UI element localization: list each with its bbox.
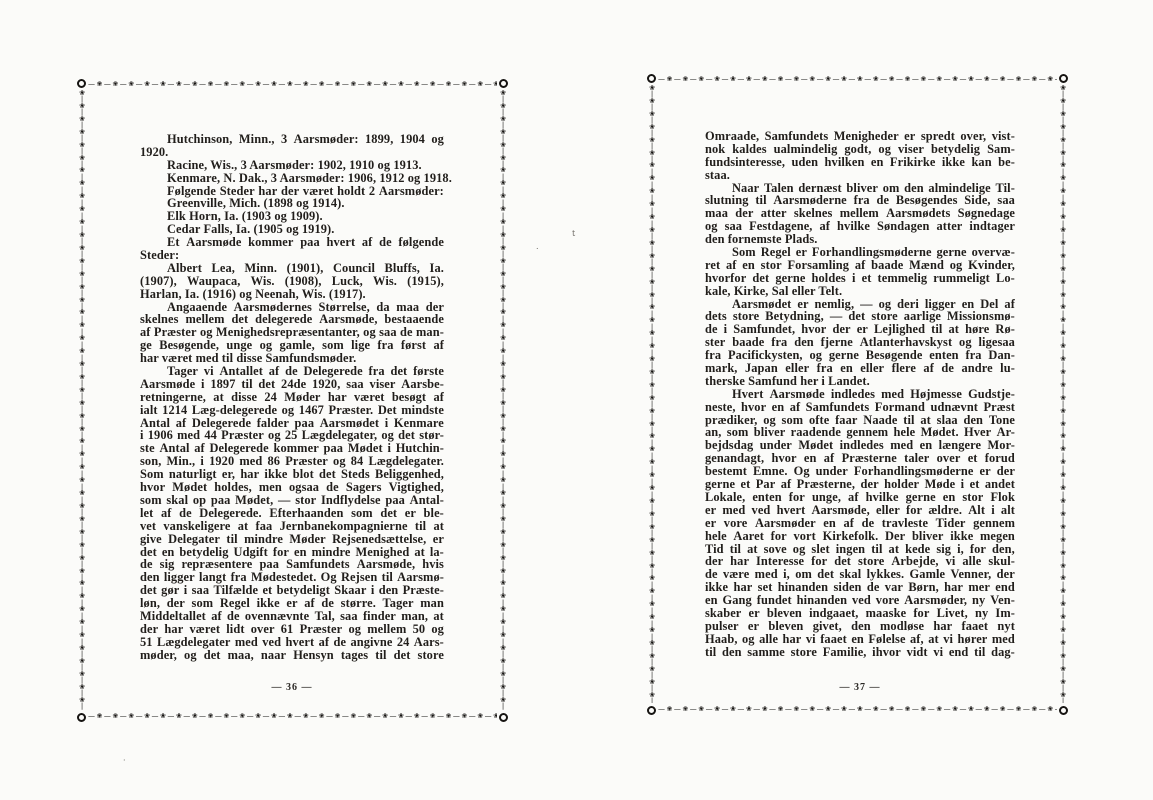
word: Bluffs, [385,262,420,275]
word: Mænd [909,259,944,272]
word: en [943,491,956,504]
word: bliver [912,530,944,543]
word: hvilken [825,156,865,169]
word: med [722,504,745,517]
word: Hvert [732,388,763,401]
word: 24 [264,391,277,404]
text-line: mark,Japanellerfraenellerflereafdeandrel… [705,362,1015,375]
word: hvert [285,636,314,649]
ornamental-border-top: —❀—❀—❀—❀—❀—❀—❀—❀—❀—❀—❀—❀—❀—❀—❀—❀—❀—❀—❀—❀… [88,79,497,90]
word: 24 [397,636,410,649]
text-line: 51Lægdelegatermedvedhvertafdeangivne24Aa… [140,636,444,649]
word: af [843,517,854,530]
word: vist- [992,130,1015,143]
word: Indflydelse [321,494,381,507]
text-line: HvertAarsmødeindledesmedHøjmesseGudstje- [705,388,1015,401]
word: Møde [925,478,956,491]
word: har [164,623,183,636]
word: 1467 [299,404,324,417]
word: 24de [281,378,306,391]
word: stor [295,494,316,507]
word: givet, [813,620,842,633]
word: Præst [984,401,1015,414]
word: Læg-delegerede [192,404,277,417]
word: Sagers [346,481,382,494]
word: Wis. [373,275,397,288]
word: Delegerede. [199,507,261,520]
page-number: — 37 — [705,682,1015,693]
page-36: —❀—❀—❀—❀—❀—❀—❀—❀—❀—❀—❀—❀—❀—❀—❀—❀—❀—❀—❀—❀… [82,84,503,716]
word: 1214 [162,404,187,417]
text-line: gerneetParafPræsterne,derholderMødeietan… [705,478,1015,491]
word: Minn., [239,133,275,146]
text-line: Haab,ogalleharvifaaetenFølelseaf,atvihør… [705,633,1015,646]
word: af [790,401,801,414]
word: Im- [995,607,1015,620]
word: det [380,507,397,520]
word: ogsaa [289,481,319,494]
word: og [431,133,444,146]
text-line: Steder: [140,249,444,262]
word: be- [998,156,1015,169]
word: store [418,649,444,662]
word: med [992,633,1015,646]
word: Formand [875,401,925,414]
word: op [193,494,206,507]
word: for [771,530,787,543]
word: indledes [831,388,875,401]
word: Haab, [705,633,738,646]
word: ny [975,607,988,620]
word: Familie, [823,646,867,659]
ornamental-corner-ring [1059,706,1068,715]
word: Aarsmøde [140,378,195,391]
word: bleven [767,607,802,620]
word: vi [933,646,943,659]
word: holdes [812,272,846,285]
word: ialt [140,404,158,417]
word: temmelig [878,272,928,285]
word: i [852,272,856,285]
word: af [211,610,222,623]
ornamental-corner-ring [499,79,508,88]
text-line: Racine, Wis., 3 Aarsmøder: 1902, 1910 og… [140,159,444,172]
word: hvorfor [705,272,746,285]
word: Samfundets [806,401,870,414]
word: de [326,481,339,494]
word: et [970,478,980,491]
word: og [184,649,197,662]
word: Kvinder, [968,259,1015,272]
word: en [851,633,864,646]
ornamental-corner-ring [77,713,86,722]
word: de [285,365,298,378]
word: Aarsmøde, [811,504,869,517]
word: 2 [369,185,375,198]
word: baade [871,259,903,272]
word: af [923,362,934,375]
text-line: ervoreAarsmøderenafdetravlesteTidergenne… [705,517,1015,530]
word: af [726,259,737,272]
word: Møder [284,391,320,404]
word: travleste [882,517,928,530]
word: Flok [990,491,1015,504]
word: Rejsenedsættelse, [332,533,426,546]
word: fra [377,339,393,352]
word: Aarsmøde [186,236,241,249]
word: 1920, [312,378,340,391]
word: et [741,478,751,491]
word: det [204,649,221,662]
word: eller [785,362,809,375]
ornamental-corner-ring [77,79,86,88]
word: som [140,494,162,507]
text-line: heleAaretforvortKirkefolk.Derbliverikkem… [705,530,1015,543]
word: nyt [997,620,1015,633]
text-line: retafenstorForsamlingafbaadeMændogKvinde… [705,259,1015,272]
word: Forhandlingsmøderne [812,246,932,259]
word: gennem [973,517,1015,530]
word: Aarsbe- [401,378,444,391]
word: Luck, [332,275,363,288]
word: af [433,339,444,352]
word: for [913,607,929,620]
word: stor [761,259,782,272]
word: paa [385,494,405,507]
word: hvert [326,236,355,249]
word: Wis. [251,275,275,288]
word: og [282,404,295,417]
word: 1899, [365,133,393,146]
word: er [749,607,760,620]
ornamental-corner-ring [1059,74,1068,83]
text-line: staa. [705,169,1015,182]
word: de [862,517,875,530]
word: Aars- [414,636,444,649]
word: 1904 [400,133,425,146]
word: til [375,649,386,662]
word: skal [166,494,188,507]
scanned-book-spread: { "document": { "kind": "scanned book sp… [0,0,1153,800]
word: og [878,143,891,156]
word: skaber [705,607,741,620]
word: vi [943,633,953,646]
word: betydelig [931,143,980,156]
word: vore [724,517,748,530]
word: over, [960,130,986,143]
word: hele [705,530,727,543]
word: Delegerede [303,365,362,378]
word: vidt [907,646,928,659]
word: for [789,491,805,504]
word: paa [300,236,320,249]
word: er [796,246,807,259]
text-line: AlbertLea,Minn.(1901),CouncilBluffs,Ia. [140,262,444,275]
word: Lo- [996,272,1015,285]
word: disse [231,391,257,404]
word: end [949,646,969,659]
word: overvæ- [972,246,1015,259]
word: maaske [866,607,907,620]
word: (1908), [285,275,322,288]
word: Vigtighed, [389,481,444,494]
word: i [961,478,965,491]
word: møder, [140,649,177,662]
text-line: bestemtEmne.OgunderForhandlingsmøderneer… [705,465,1015,478]
word: andre [961,362,992,375]
word: hvilke [866,491,899,504]
word: Antallet [219,365,262,378]
word: man, [401,610,428,623]
page-text-column: Hutchinson,Minn.,3Aarsmøder:1899,1904og1… [140,133,444,662]
page-number: — 36 — [140,682,444,693]
word: det [258,378,275,391]
text-line: somskaloppaaMødet,—storIndflydelsepaaAnt… [140,494,444,507]
word: Aarsmøde [770,388,825,401]
ornamental-border-left: ❀ | ❀ | ❀ | ❀ | ❀ | ❀ | ❀ | ❀ | ❀ | ❀ | … [76,90,88,710]
word: Council [333,262,375,275]
word: til [415,520,426,533]
word: de [379,236,392,249]
word: af [161,507,172,520]
word: vort [793,530,815,543]
text-line: retningerne,atdisse24Møderharværetbesøgt… [140,391,444,404]
word: flere [892,362,916,375]
word: og [348,623,361,636]
text-line: møder,ogdetmaa,naarHensyntagestildetstor… [140,649,444,662]
text-line: kale, Kirke, Sal eller Telt. [705,285,1015,298]
word: Minn. [245,262,278,275]
word: følgende [398,236,444,249]
text-line: nokkaldesualmindeliggodt,ogviserbetydeli… [705,143,1015,156]
word: — [278,494,291,507]
word: af [433,391,444,404]
word: kommer [248,236,293,249]
word: alle [759,633,778,646]
word: at [433,610,444,623]
word: Regel [761,246,791,259]
word: 51 [140,636,153,649]
word: Sam- [987,143,1015,156]
word: har [328,391,347,404]
word: Forsamling [788,259,850,272]
word: viser [898,143,924,156]
word: vi [806,633,816,646]
text-line: MiddeltalletafdeovennævnteTal,saafinderm… [140,610,444,623]
word: hvert [777,504,806,517]
word: store [791,646,817,659]
word: Waupaca, [187,275,240,288]
word: ualmindelig [774,143,838,156]
word: Aarsmøder [755,517,816,530]
word: enten [752,491,781,504]
page-text-column: Omraade,SamfundetsMenighedererspredtover… [705,130,1015,659]
word: alt [1001,504,1015,517]
word: pulser [705,620,739,633]
word: den [851,620,871,633]
ornamental-border-left: ❀ | ❀ | ❀ | ❀ | ❀ | ❀ | ❀ | ❀ | ❀ | ❀ | … [646,85,658,703]
word: Højmesse [910,388,962,401]
word: ovennævnte [245,610,309,623]
word: Delegater [168,533,220,546]
word: de [941,362,954,375]
word: bleven [768,620,803,633]
word: Frikirke [890,156,936,169]
text-line: 1920. [140,146,444,159]
word: hvor [140,481,165,494]
word: (1901), [287,262,324,275]
word: Lea, [212,262,235,275]
word: angivne [350,636,392,649]
word: været [190,623,221,636]
word: Middeltallet [140,610,206,623]
word: til [241,378,252,391]
word: Tager [167,365,198,378]
ornamental-border-bottom: —❀—❀—❀—❀—❀—❀—❀—❀—❀—❀—❀—❀—❀—❀—❀—❀—❀—❀—❀—❀… [88,711,497,722]
word: paa [211,494,231,507]
word: Der [885,530,905,543]
word: ved [262,636,281,649]
word: Kirkefolk. [823,530,879,543]
word: godt, [844,143,871,156]
text-line: neste,hvorenafSamfundetsFormandudnævntPr… [705,401,1015,414]
word: Albert [167,262,202,275]
word: ble- [424,507,444,520]
word: Lægdelegater [157,636,230,649]
word: ved [752,504,771,517]
ornamental-corner-ring [647,74,656,83]
word: hvor [741,401,766,414]
word: stor [962,491,983,504]
word: det [390,365,407,378]
word: megen [980,530,1015,543]
word: til [226,533,237,546]
word: Ia. [430,262,444,275]
word: maa, [228,649,254,662]
word: saa [340,610,358,623]
word: er [433,533,444,546]
word: lu- [1000,362,1015,375]
word: en [772,401,785,414]
word: modløse [880,620,924,633]
word: har [933,620,952,633]
word: viser [370,378,396,391]
text-line: letafdeDelegerede.Efterhaandensomdeterbl… [140,507,444,520]
ornamental-border-top: —❀—❀—❀—❀—❀—❀—❀—❀—❀—❀—❀—❀—❀—❀—❀—❀—❀—❀—❀—❀… [658,74,1057,85]
word: for [906,504,922,517]
word: faaet [820,633,847,646]
word: men [259,481,282,494]
word: dag- [991,646,1015,659]
word: været [354,391,385,404]
text-line: pulsererblevengivet,denmodløseharfaaetny… [705,620,1015,633]
word: Antal- [410,494,444,507]
word: nok [705,143,725,156]
word: de [227,610,240,623]
word: gerne [937,246,967,259]
word: let [140,507,153,520]
word: et [862,272,872,285]
word: det [752,272,769,285]
word: af, [910,633,924,646]
word: lidt [226,623,244,636]
word: finder [363,610,396,623]
word: af [820,220,831,233]
word: som [351,507,373,520]
word: Tal, [315,610,335,623]
word: med [235,636,258,649]
word: Hutchinson, [167,133,233,146]
word: saa [346,378,364,391]
word: Præster. [329,404,374,417]
word: en [823,517,836,530]
text-line: ialt1214Læg-delegeredeog1467Præster.Detm… [140,404,444,417]
word: er [904,130,915,143]
word: holdes, [214,481,252,494]
word: kaldes [732,143,766,156]
word: mindre [244,533,283,546]
word: vanskeligere [163,520,230,533]
word: rummeligt [933,272,990,285]
word: besøgt [392,391,426,404]
word: Aaret [733,530,764,543]
ornamental-corner-ring [499,713,508,722]
word: vet [140,520,156,533]
word: det [394,649,411,662]
word: atter [936,220,962,233]
word: tages [341,649,368,662]
text-line: therske Samfund her i Landet. [705,375,1015,388]
ornamental-corner-ring [647,706,656,715]
word: Jernbanekompagnierne [280,520,408,533]
word: Møder [289,533,325,546]
word: i [201,378,205,391]
scan-artifact: . [536,243,539,251]
word: Livet, [937,607,968,620]
word: (1907), [140,275,177,288]
word: at [213,391,224,404]
word: af [848,491,859,504]
word: Tider [936,517,966,530]
word: spredt [921,130,955,143]
text-line: ermedvedhvertAarsmøde,ellerforældre.Alti… [705,504,1015,517]
word: den [722,646,742,659]
text-line: EtAarsmødekommerpaahvertafdefølgende [140,236,444,249]
word: Efterhaanden [269,507,343,520]
word: mellem [367,623,406,636]
word: ikke [942,156,965,169]
word: ældre. [928,504,962,517]
word: fra [369,365,385,378]
page-37: —❀—❀—❀—❀—❀—❀—❀—❀—❀—❀—❀—❀—❀—❀—❀—❀—❀—❀—❀—❀… [652,79,1063,709]
word: og [742,633,755,646]
word: Som [732,246,756,259]
word: uden [792,156,819,169]
word: der [861,478,879,491]
word: Aarsmøder: [294,133,359,146]
word: at [928,633,939,646]
text-line: skabererblevenindgaaet,maaskeforLivet,ny… [705,607,1015,620]
word: Alt [968,504,985,517]
text-line: TagerviAntalletafdeDelegeredefradetførst… [140,365,444,378]
word: en [742,259,755,272]
word: neste, [705,401,736,414]
text-line: Lokale,entenforunge,afhvilkegerneenstorF… [705,491,1015,504]
word: Præsterne, [797,478,855,491]
word: indtager [969,220,1015,233]
word: naar [261,649,286,662]
word: mark, [705,362,738,375]
